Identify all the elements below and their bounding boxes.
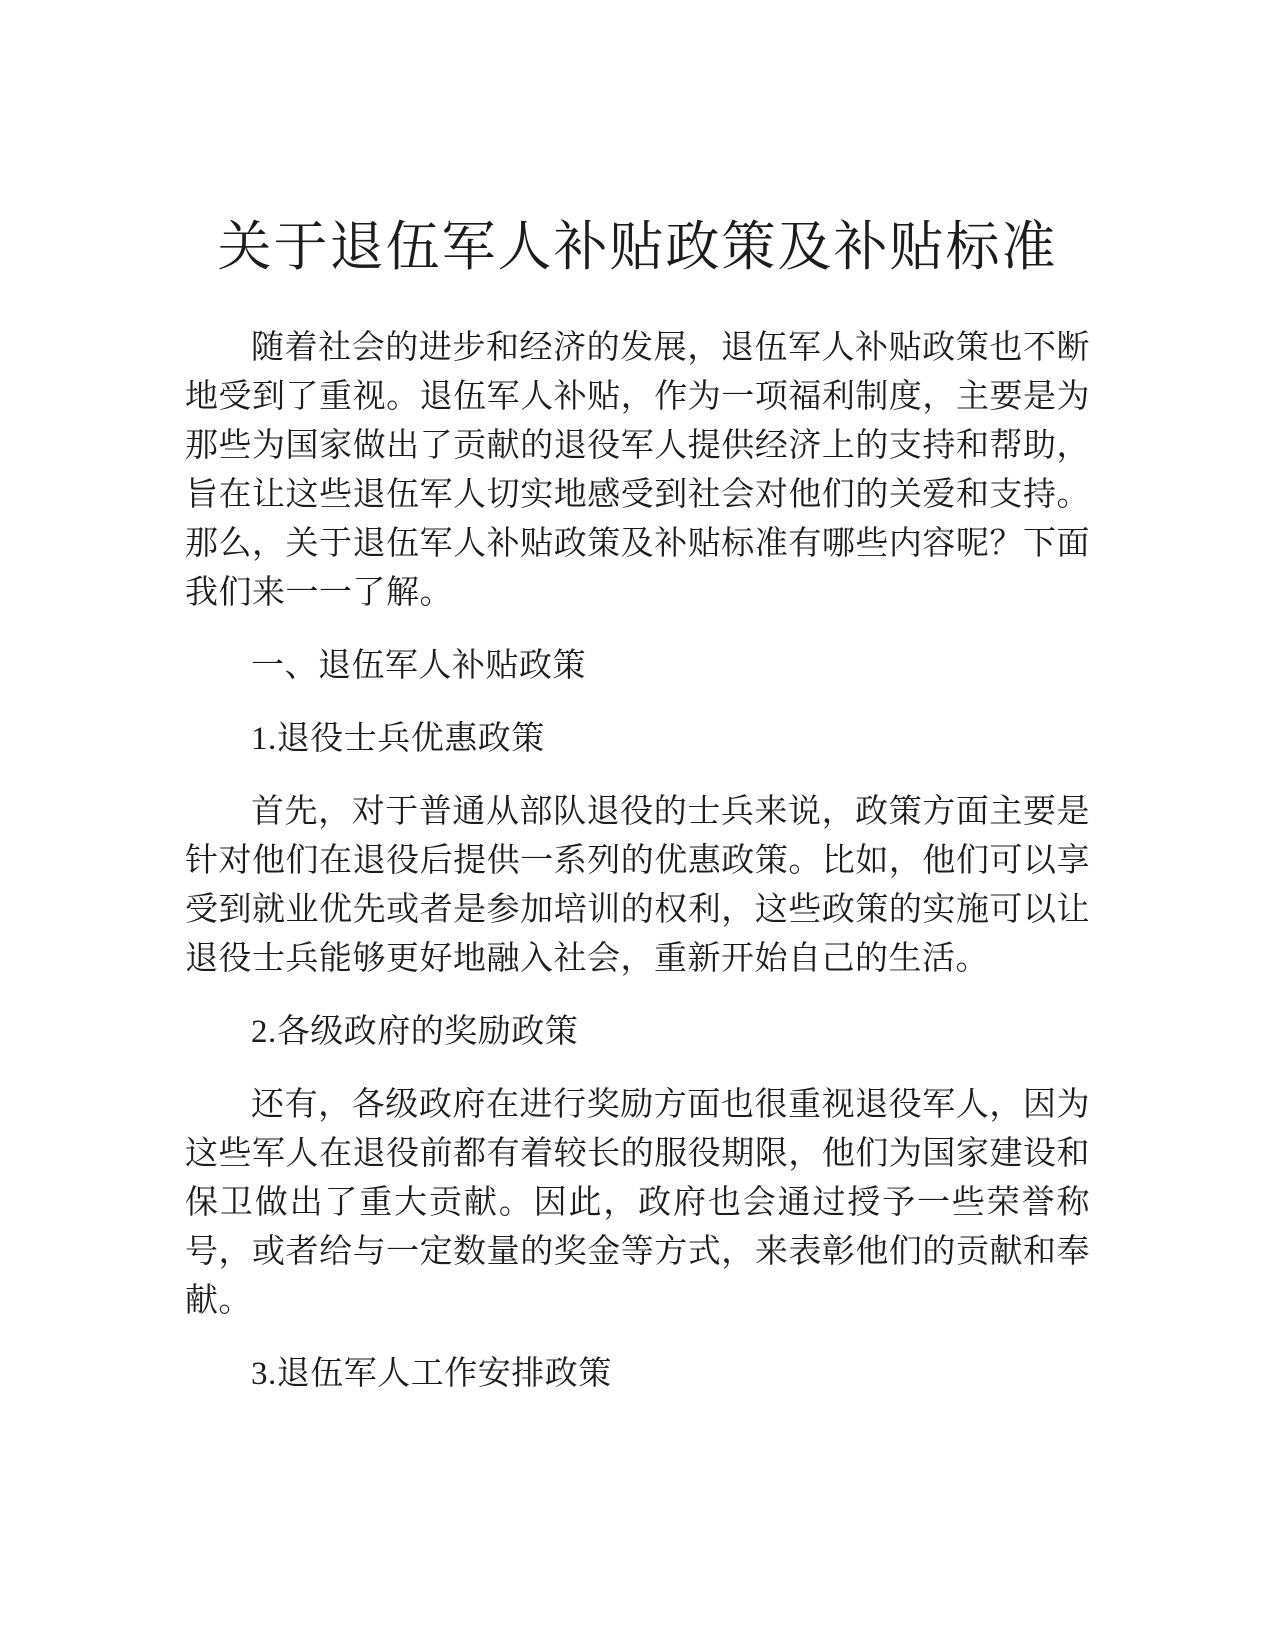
subsection-heading-preferential-policy: 1.退役士兵优惠政策 bbox=[185, 715, 1090, 764]
subsection-heading-reward-policy: 2.各级政府的奖励政策 bbox=[185, 1008, 1090, 1057]
document-title: 关于退伍军人补贴政策及补贴标准 bbox=[185, 212, 1090, 282]
paragraph-intro: 随着社会的进步和经济的发展，退伍军人补贴政策也不断地受到了重视。退伍军人补贴，作… bbox=[185, 324, 1090, 618]
document-page: 关于退伍军人补贴政策及补贴标准 随着社会的进步和经济的发展，退伍军人补贴政策也不… bbox=[0, 0, 1275, 1650]
section-heading-subsidy-policy: 一、退伍军人补贴政策 bbox=[185, 642, 1090, 691]
paragraph-reward-policy: 还有，各级政府在进行奖励方面也很重视退役军人，因为这些军人在退役前都有着较长的服… bbox=[185, 1081, 1090, 1326]
paragraph-preferential-policy: 首先，对于普通从部队退役的士兵来说，政策方面主要是针对他们在退役后提供一系列的优… bbox=[185, 788, 1090, 984]
subsection-heading-work-arrangement: 3.退伍军人工作安排政策 bbox=[185, 1350, 1090, 1399]
